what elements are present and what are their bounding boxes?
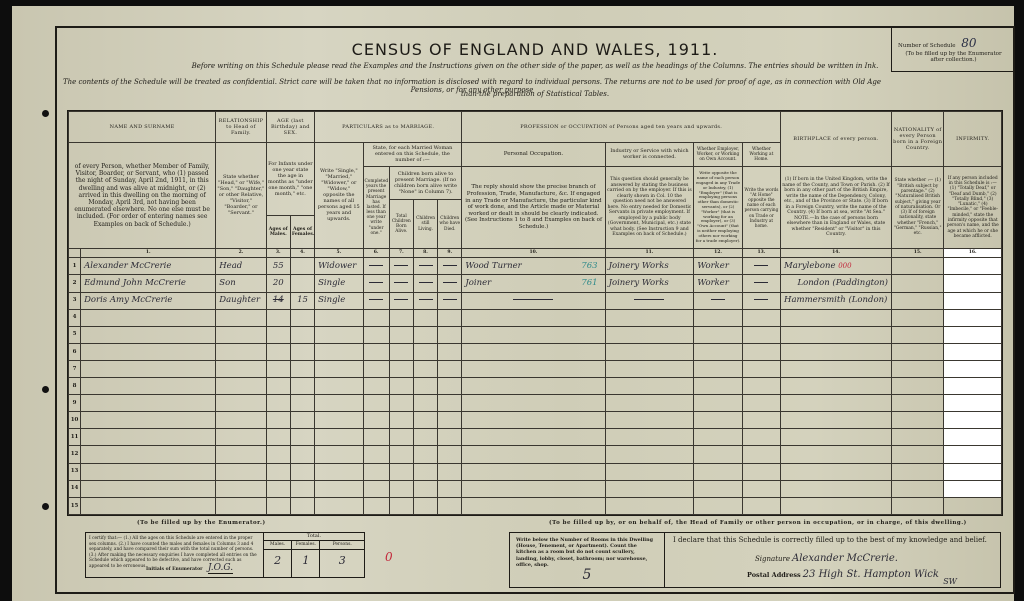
name-cell[interactable]: Alexander McCrerie	[81, 258, 216, 275]
table-row: 5	[69, 326, 1002, 343]
occupation-code: 763	[581, 261, 597, 271]
name-instructions: of every Person, whether Member of Famil…	[69, 142, 216, 248]
dash-cell	[389, 258, 413, 275]
dash-cell	[363, 292, 389, 309]
table-row: 9	[69, 395, 1002, 412]
died-header: Children who have Died.	[438, 199, 462, 248]
employer-cell[interactable]	[694, 292, 742, 309]
row-number: 15	[69, 497, 81, 514]
totals-section: Total. Males.2 Females.1 Persons.3	[264, 533, 364, 577]
address-suffix: SW	[943, 577, 957, 586]
industry-cell[interactable]: Joinery Works	[605, 275, 694, 292]
census-schedule-page: CENSUS OF ENGLAND AND WALES, 1911. Befor…	[12, 6, 1014, 601]
declaration-area: I declare that this Schedule is correctl…	[665, 533, 1000, 587]
header-at-home: Whether Working at Home.	[742, 142, 780, 166]
nationality-cell[interactable]	[891, 292, 943, 309]
row-number: 3	[69, 292, 81, 309]
name-cell[interactable]	[81, 378, 216, 395]
males-label: Males.	[264, 541, 291, 550]
row-number: 14	[69, 480, 81, 497]
header-name: NAME AND SURNAME	[69, 112, 216, 143]
row-number: 10	[69, 412, 81, 429]
age-instructions: For Infants under one year state the age…	[266, 142, 314, 215]
name-cell[interactable]: Edmund John McCrerie	[81, 275, 216, 292]
col-num: 2.	[216, 249, 266, 258]
schedule-number-value[interactable]: 80	[961, 36, 976, 50]
table-row: 2 Edmund John McCrerie Son 20 Single Joi…	[69, 275, 1002, 292]
birthplace-cell[interactable]: London (Paddington)	[781, 275, 892, 292]
dash-cell	[389, 292, 413, 309]
enumerator-certification-box: I certify that:— (1.) All the ages on th…	[85, 532, 365, 578]
at-home-instructions: Write the words "At Home" opposite the n…	[742, 166, 780, 248]
age-male-cell[interactable]: 20	[266, 275, 290, 292]
address-value[interactable]: 23 High St. Hampton Wick	[803, 569, 939, 580]
birthplace-code: 000	[838, 262, 851, 270]
age-female-cell[interactable]: 15	[290, 292, 314, 309]
address-line: Postal Address23 High St. Hampton Wick S…	[747, 569, 957, 580]
occupation-text: Joiner	[465, 278, 491, 288]
name-cell[interactable]	[81, 326, 216, 343]
header-occupation: PROFESSION or OCCUPATION of Persons aged…	[462, 112, 781, 143]
row-number: 5	[69, 326, 81, 343]
infirmity-cell[interactable]	[944, 275, 1002, 292]
header-relationship: RELATIONSHIP to Head of Family.	[216, 112, 266, 143]
address-label: Postal Address	[747, 571, 801, 579]
signature-line: SignatureAlexander McCrerie.	[755, 553, 898, 564]
signature-value[interactable]: Alexander McCrerie.	[792, 553, 898, 564]
col-num: 10.	[462, 249, 605, 258]
head-of-family-note: (To be filled up by, or on behalf of, th…	[549, 520, 967, 526]
row-number: 7	[69, 360, 81, 377]
signature-label: Signature	[755, 555, 790, 563]
birthplace-cell[interactable]: Hammersmith (London)	[781, 292, 892, 309]
table-row: 13	[69, 463, 1002, 480]
ages-males-header: Ages of Males.	[266, 216, 290, 249]
red-check-mark: 0	[385, 550, 393, 564]
enumerator-note: (To be filled up by the Enumerator.)	[137, 520, 266, 526]
name-cell[interactable]	[81, 343, 216, 360]
at-home-cell	[742, 258, 780, 275]
col-num: 3.	[266, 249, 290, 258]
schedule-number-box: Number of Schedule 80 (To be filled up b…	[891, 28, 1013, 72]
relationship-instructions: State whether "Head," or "Wife," "Son," …	[216, 142, 266, 248]
dash-cell	[389, 275, 413, 292]
personal-occupation-instructions: The reply should show the precise branch…	[462, 166, 605, 248]
name-cell[interactable]	[81, 463, 216, 480]
confidentiality-line-2: than the preparation of Statistical Tabl…	[57, 90, 1013, 98]
marital-cell[interactable]: Single	[315, 292, 363, 309]
totals-header: Total.	[264, 533, 364, 541]
rooms-count[interactable]: 5	[510, 566, 664, 584]
certification-text: I certify that:— (1.) All the ages on th…	[86, 533, 264, 577]
married-woman-instructions: State, for each Married Woman entered on…	[363, 142, 462, 166]
header-employer: Whether Employer, Worker, or Working on …	[694, 142, 742, 166]
nationality-instructions: State whether :— (1) "British subject by…	[891, 166, 943, 248]
row-number: 12	[69, 446, 81, 463]
row-number: 6	[69, 343, 81, 360]
table-row: 6	[69, 343, 1002, 360]
col-num: 13.	[742, 249, 780, 258]
row-number: 8	[69, 378, 81, 395]
table-row: 3 Doris Amy McCrerie Daughter 14 15 Sing…	[69, 292, 1002, 309]
still-living-header: Children still Living.	[413, 199, 437, 248]
dash-cell	[438, 275, 462, 292]
occupation-code: 761	[581, 278, 597, 288]
name-cell[interactable]	[81, 429, 216, 446]
punch-hole	[42, 386, 49, 393]
industry-cell[interactable]	[605, 292, 694, 309]
age-male-cell[interactable]: 14	[266, 292, 290, 309]
initials-value[interactable]: J.O.G.	[208, 563, 233, 574]
head-declaration-box: Write below the Number of Rooms in this …	[509, 532, 1001, 588]
infirmity-cell[interactable]	[944, 292, 1002, 309]
row-number: 1	[69, 258, 81, 275]
col-num: 12.	[694, 249, 742, 258]
name-cell[interactable]	[81, 412, 216, 429]
age-female-cell[interactable]	[290, 258, 314, 275]
instructions-line: Before writing on this Schedule please r…	[57, 62, 1013, 70]
employer-instructions: Write opposite the name of each person e…	[694, 166, 742, 248]
name-cell[interactable]	[81, 497, 216, 514]
row-number: 9	[69, 395, 81, 412]
declaration-statement: I declare that this Schedule is correctl…	[673, 536, 992, 544]
birthplace-text: Marylebone	[784, 261, 835, 271]
dash-cell	[413, 292, 437, 309]
females-label: Females.	[292, 541, 319, 550]
industry-instructions: This question should generally be answer…	[605, 166, 694, 248]
birthplace-instructions: (1) If born in the United Kingdom, write…	[781, 166, 892, 248]
punch-hole	[42, 503, 49, 510]
enumerator-initials: Initials of Enumerator J.O.G.	[146, 563, 233, 575]
name-cell[interactable]	[81, 480, 216, 497]
row-number: 4	[69, 309, 81, 326]
header-birthplace: BIRTHPLACE of every person.	[781, 112, 892, 167]
at-home-cell	[742, 275, 780, 292]
years-married-instructions: Completed years the present Marriage has…	[363, 166, 389, 248]
dash-cell	[363, 258, 389, 275]
document-title: CENSUS OF ENGLAND AND WALES, 1911.	[57, 40, 1013, 59]
col-num: 7.	[389, 249, 413, 258]
nationality-cell[interactable]	[891, 258, 943, 275]
marital-cell[interactable]: Single	[315, 275, 363, 292]
name-cell[interactable]: Doris Amy McCrerie	[81, 292, 216, 309]
relationship-cell[interactable]: Daughter	[216, 292, 266, 309]
table-row: 7	[69, 360, 1002, 377]
table-row: 14	[69, 480, 1002, 497]
at-home-cell	[742, 292, 780, 309]
name-cell[interactable]	[81, 309, 216, 326]
table-row: 1 Alexander McCrerie Head 55 Widower Woo…	[69, 258, 1002, 275]
header-infirmity: INFIRMITY.	[944, 112, 1002, 167]
row-number: 2	[69, 275, 81, 292]
col-num: 4.	[290, 249, 314, 258]
col-num: 8.	[413, 249, 437, 258]
relationship-cell[interactable]: Head	[216, 258, 266, 275]
schedule-number-label: Number of Schedule	[898, 43, 956, 49]
dash-cell	[438, 292, 462, 309]
header-marriage: PARTICULARS as to MARRIAGE.	[315, 112, 462, 143]
occupation-cell[interactable]	[462, 292, 605, 309]
col-num: 11.	[605, 249, 694, 258]
persons-label: Persons.	[320, 541, 364, 550]
punch-hole	[42, 110, 49, 117]
table-row: 10	[69, 412, 1002, 429]
name-cell[interactable]	[81, 446, 216, 463]
name-cell[interactable]	[81, 395, 216, 412]
dash-cell	[413, 258, 437, 275]
col-num: 16.	[944, 249, 1002, 258]
table-row: 11	[69, 429, 1002, 446]
employer-cell[interactable]: Worker	[694, 275, 742, 292]
employer-cell[interactable]: Worker	[694, 258, 742, 275]
occupation-cell[interactable]: Wood Turner 763	[462, 258, 605, 275]
persons-total[interactable]: 3	[320, 550, 364, 577]
table-row: 4	[69, 309, 1002, 326]
infirmity-cell[interactable]	[944, 258, 1002, 275]
marital-instructions: Write "Single," "Married," "Widower," or…	[315, 142, 363, 248]
rooms-box: Write below the Number of Rooms in this …	[510, 533, 665, 587]
age-female-cell[interactable]	[290, 275, 314, 292]
header-nationality: NATIONALITY of every Person born in a Fo…	[891, 112, 943, 167]
column-number-row: 1. 2. 3. 4. 5. 6. 7. 8. 9. 10. 11. 12. 1…	[69, 249, 1002, 258]
dash-cell	[413, 275, 437, 292]
col-num: 5.	[315, 249, 363, 258]
schedule-frame: CENSUS OF ENGLAND AND WALES, 1911. Befor…	[55, 26, 1015, 594]
ages-females-header: Ages of Females.	[290, 216, 314, 249]
table-row: 15	[69, 497, 1002, 514]
col-num: 14.	[781, 249, 892, 258]
birthplace-cell[interactable]: Marylebone 000	[781, 258, 892, 275]
table-row: 8	[69, 378, 1002, 395]
table-row: 12	[69, 446, 1002, 463]
col-num: 6.	[363, 249, 389, 258]
col-num: 9.	[438, 249, 462, 258]
col-num: 1.	[81, 249, 216, 258]
children-born-instructions: Children born alive to present Marriage.…	[389, 166, 462, 199]
marital-cell[interactable]: Widower	[315, 258, 363, 275]
industry-cell[interactable]: Joinery Works	[605, 258, 694, 275]
occupation-text: Wood Turner	[465, 261, 521, 271]
row-number: 13	[69, 463, 81, 480]
dash-cell	[438, 258, 462, 275]
header-industry: Industry or Service with which worker is…	[605, 142, 694, 166]
dash-cell	[363, 275, 389, 292]
infirmity-instructions: If any person included in this Schedule …	[944, 166, 1002, 248]
header-personal-occupation: Personal Occupation.	[462, 142, 605, 166]
relationship-cell[interactable]: Son	[216, 275, 266, 292]
age-male-cell[interactable]: 55	[266, 258, 290, 275]
occupation-cell[interactable]: Joiner 761	[462, 275, 605, 292]
females-total[interactable]: 1	[292, 550, 319, 577]
row-number: 11	[69, 429, 81, 446]
col-num: 15.	[891, 249, 943, 258]
rooms-instruction: Write below the Number of Rooms in this …	[516, 537, 653, 568]
header-age: AGE (last Birthday) and SEX.	[266, 112, 314, 143]
name-cell[interactable]	[81, 360, 216, 377]
nationality-cell[interactable]	[891, 275, 943, 292]
total-born-header: Total Children Born Alive.	[389, 199, 413, 248]
initials-label: Initials of Enumerator	[146, 567, 202, 572]
schedule-number-note: (To be filled up by the Enumerator after…	[898, 51, 1009, 63]
census-table: NAME AND SURNAME RELATIONSHIP to Head of…	[67, 110, 1003, 516]
footer-section: (To be filled up by the Enumerator.) I c…	[67, 520, 1003, 590]
males-total[interactable]: 2	[264, 550, 291, 577]
